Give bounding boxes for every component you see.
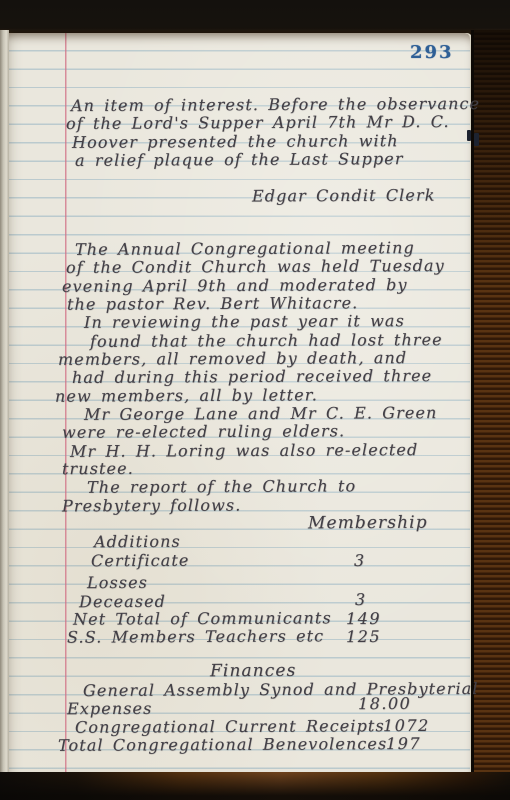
ledger-row-label: S.S. Members Teachers etc [67, 626, 324, 646]
handwriting-line: had during this period received three [72, 366, 432, 387]
ledger-row-label: General Assembly Synod and Presbyterial [83, 679, 479, 700]
ledger-row-value: 125 [346, 627, 381, 646]
ledger-row-value: 1072 [383, 716, 430, 735]
ledger-row-value: 3 [355, 590, 367, 609]
handwriting-line: a relief plaque of the Last Supper [75, 149, 404, 170]
ledger-row-label: Losses [87, 573, 148, 592]
ledger-row-label: Expenses [67, 699, 153, 718]
book-cover-bottom [0, 772, 510, 800]
clerk-signature: Edgar Condit Clerk [252, 186, 436, 206]
handwriting-line: The report of the Church to [87, 476, 356, 496]
ledger-photo: 293 An item of interest. Before the obse… [0, 0, 510, 800]
ledger-row-value: 149 [346, 609, 381, 628]
handwriting-line: Mr H. H. Loring was also re-elected [70, 440, 418, 461]
handwriting-line: of the Condit Church was held Tuesday [66, 256, 445, 277]
ledger-row-label: Certificate [91, 551, 190, 571]
ledger-row-label: Additions [94, 532, 181, 551]
handwriting-line: Presbytery follows. [62, 496, 241, 516]
handwriting-line: trustee. [62, 459, 134, 478]
ledger-row-value: 197 [386, 734, 421, 753]
handwriting-line: new members, all by letter. [55, 385, 318, 405]
ledger-row-value: 18.00 [358, 694, 411, 713]
section-heading-membership: Membership [308, 513, 428, 534]
page-number: 293 [410, 42, 454, 63]
facing-page-edge [0, 30, 9, 778]
section-heading-finances: Finances [210, 661, 296, 681]
ink-mark [467, 130, 471, 141]
ledger-row-label: Total Congregational Benevolences [58, 734, 387, 755]
ledger-row-value: 3 [354, 551, 366, 570]
handwriting-line: were re-elected ruling elders. [62, 421, 345, 441]
ink-mark [474, 133, 479, 146]
handwriting-line: of the Lord's Supper April 7th Mr D. C. [66, 112, 450, 133]
handwriting-line: In reviewing the past year it was [84, 311, 405, 332]
